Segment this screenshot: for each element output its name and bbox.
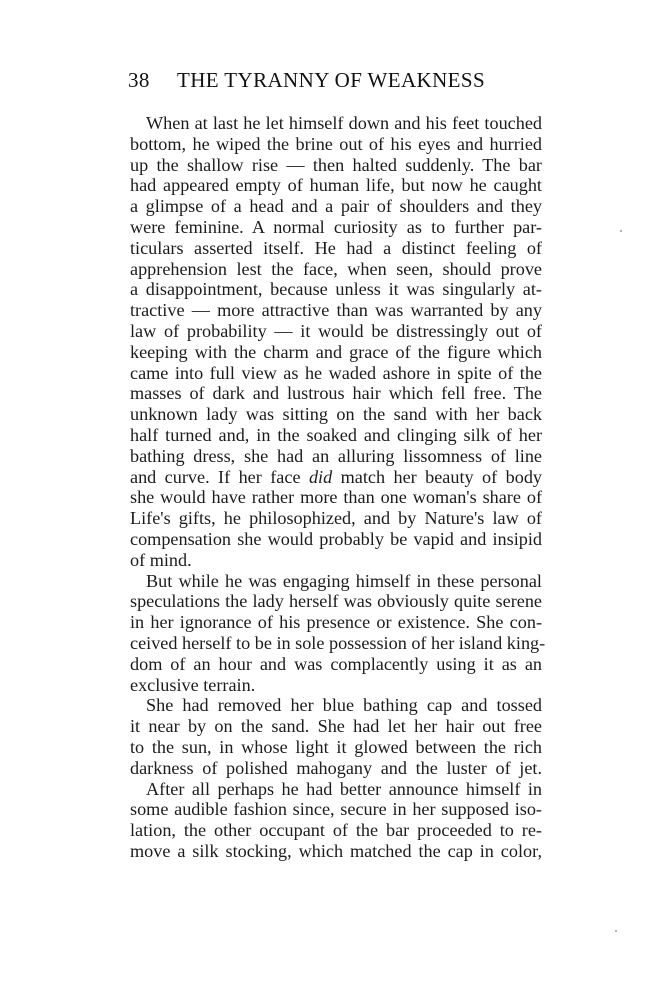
text-line: a disappointment, because unless it was … <box>130 279 542 300</box>
text-line: ceived herself to be in sole possession … <box>130 633 542 654</box>
text-line: apprehension lest the face, when seen, s… <box>130 259 542 280</box>
text-line: half turned and, in the soaked and cling… <box>130 425 542 446</box>
text-line: bathing dress, she had an alluring lisso… <box>130 446 542 467</box>
text-line: bottom, he wiped the brine out of his ey… <box>130 134 542 155</box>
text-line: of mind. <box>130 550 542 571</box>
text-line: some audible fashion since, secure in he… <box>130 799 542 820</box>
paragraph-4: After all perhaps he had better announce… <box>130 779 542 862</box>
text-line: lation, the other occupant of the bar pr… <box>130 820 542 841</box>
text-line: had appeared empty of human life, but no… <box>130 175 542 196</box>
text-line: keeping with the charm and grace of the … <box>130 342 542 363</box>
text-line: it near by on the sand. She had let her … <box>130 716 542 737</box>
text-line: up the shallow rise — then halted sudden… <box>130 155 542 176</box>
text-line: speculations the lady herself was obviou… <box>130 591 542 612</box>
paragraph-2: But while he was engaging himself in the… <box>130 571 542 696</box>
text-line: Life's gifts, he philosophized, and by N… <box>130 508 542 529</box>
text-line-with-emphasis: and curve. If her face did match her bea… <box>130 467 542 488</box>
chapter-running-title: THE TYRANNY OF WEAKNESS <box>177 68 485 93</box>
text-line: darkness of polished mahogany and the lu… <box>130 758 542 779</box>
text-line: exclusive terrain. <box>130 675 542 696</box>
scan-speck <box>620 230 622 232</box>
text-line: After all perhaps he had better announce… <box>130 779 542 800</box>
text-line: unknown lady was sitting on the sand wit… <box>130 404 542 425</box>
paragraph-1: When at last he let himself down and his… <box>130 113 542 571</box>
text-line: compensation she would probably be vapid… <box>130 529 542 550</box>
text-line: in her ignorance of his presence or exis… <box>130 612 542 633</box>
scan-speck <box>615 930 617 932</box>
text-line: were feminine. A normal curiosity as to … <box>130 217 542 238</box>
emphasis-text: did <box>309 467 332 487</box>
text-line: tractive — more attractive than was warr… <box>130 300 542 321</box>
text-line: masses of dark and lustrous hair which f… <box>130 383 542 404</box>
text-line: But while he was engaging himself in the… <box>130 571 542 592</box>
text-line: to the sun, in whose light it glowed bet… <box>130 737 542 758</box>
text-line: she would have rather more than one woma… <box>130 487 542 508</box>
paragraph-3: She had removed her blue bathing cap and… <box>130 695 542 778</box>
text-line: dom of an hour and was complacently usin… <box>130 654 542 675</box>
text-line: came into full view as he waded ashore i… <box>130 363 542 384</box>
book-page: 38 THE TYRANNY OF WEAKNESS When at last … <box>0 0 664 1000</box>
text-fragment: match her beauty of body <box>332 467 542 487</box>
text-line: a glimpse of a head and a pair of should… <box>130 196 542 217</box>
text-fragment: and curve. If her face <box>130 467 309 487</box>
text-line: ticulars asserted itself. He had a disti… <box>130 238 542 259</box>
body-text: When at last he let himself down and his… <box>130 113 542 862</box>
page-number: 38 <box>128 68 150 93</box>
text-line: She had removed her blue bathing cap and… <box>130 695 542 716</box>
text-line: law of probability — it would be distres… <box>130 321 542 342</box>
running-head: 38 THE TYRANNY OF WEAKNESS <box>128 68 548 98</box>
text-line: When at last he let himself down and his… <box>130 113 542 134</box>
text-line: move a silk stocking, which matched the … <box>130 841 542 862</box>
